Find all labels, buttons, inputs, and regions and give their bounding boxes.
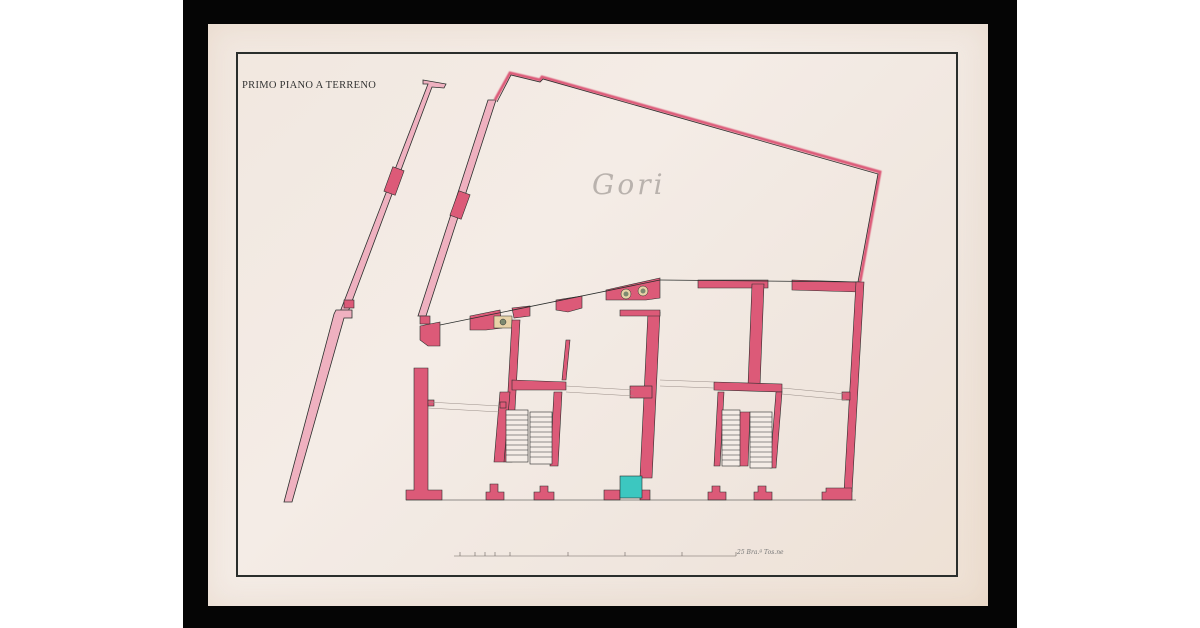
cistern-icon [620, 476, 642, 498]
left-wall-piers [344, 167, 470, 324]
scale-bar [454, 552, 736, 556]
left-boundary-wall [284, 80, 496, 502]
courtyard-label: Gori [592, 168, 666, 201]
interior-walls [406, 282, 864, 500]
scale-unit-label: 25 Bra.ª Tos.ne [737, 549, 784, 556]
courtyard-outline [495, 73, 880, 282]
courtyard-ink [497, 75, 878, 282]
floor-plan [0, 0, 1200, 628]
staircase-left [506, 410, 552, 464]
